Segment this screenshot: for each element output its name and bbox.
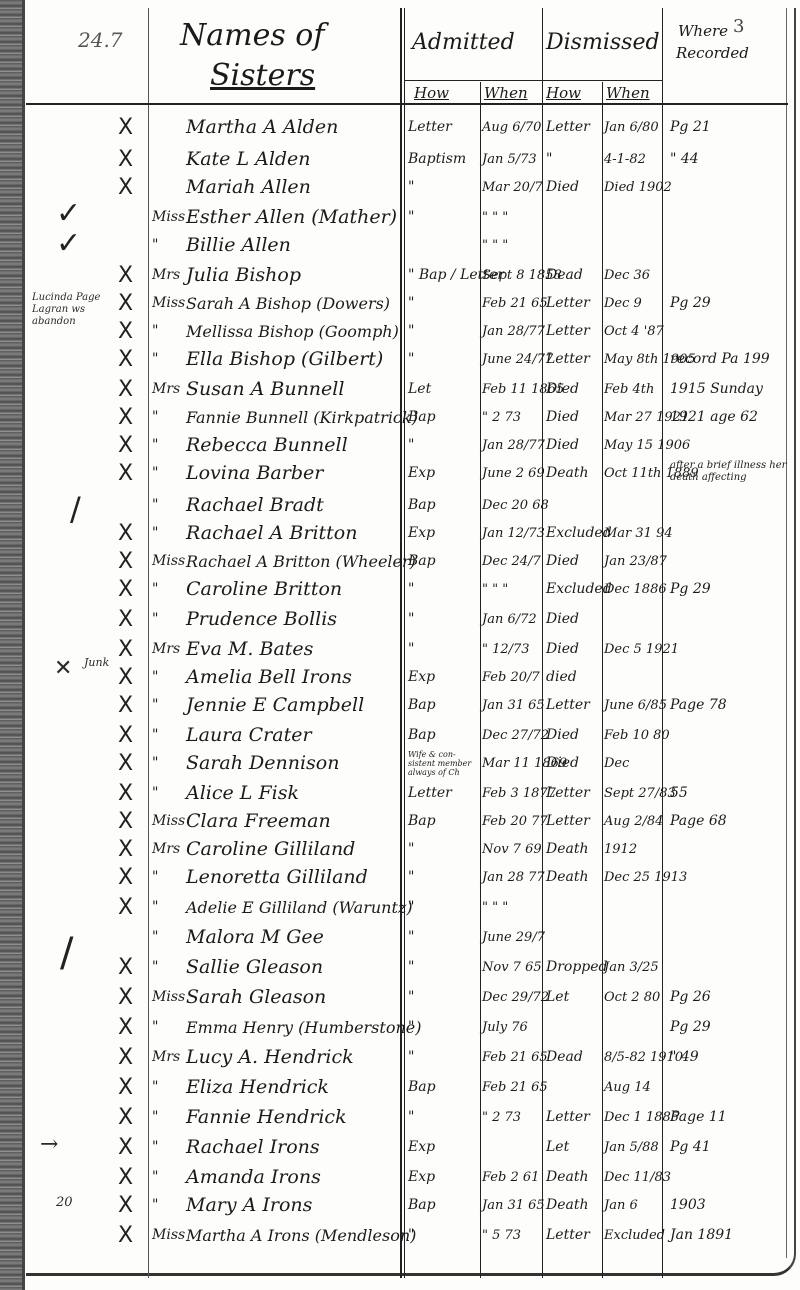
row-mark: X bbox=[118, 606, 146, 633]
where-recorded: 1915 Sunday bbox=[670, 376, 790, 403]
where-recorded: Page 11 bbox=[670, 1104, 790, 1131]
where-recorded: 1921 age 62 bbox=[670, 404, 790, 431]
row-mark: X bbox=[118, 664, 146, 691]
admitted-when: " 12/73 bbox=[482, 636, 544, 663]
admitted-how: " bbox=[408, 318, 480, 345]
dismissed-when: Feb 10 80 bbox=[604, 722, 666, 749]
sister-name: Caroline Gilliland bbox=[186, 836, 396, 863]
where-recorded: 1903 bbox=[670, 1192, 790, 1219]
where-recorded bbox=[670, 262, 790, 289]
admitted-when: Jan 28/77 bbox=[482, 432, 544, 459]
admitted-how: " bbox=[408, 204, 480, 231]
admitted-when: June 2 69 bbox=[482, 460, 544, 487]
sister-name: Esther Allen (Mather) bbox=[186, 204, 396, 231]
row-mark: X bbox=[118, 1192, 146, 1219]
row-mark: X bbox=[118, 576, 146, 603]
admitted-how: Bap bbox=[408, 548, 480, 575]
admitted-when: Feb 2 61 bbox=[482, 1164, 544, 1191]
sister-name: Mariah Allen bbox=[186, 174, 396, 201]
admitted-when bbox=[482, 1134, 544, 1161]
row-mark: X bbox=[118, 174, 146, 201]
admitted-when: Jan 12/73 bbox=[482, 520, 544, 547]
sister-name: Fannie Hendrick bbox=[186, 1104, 396, 1131]
admitted-how: " bbox=[408, 1044, 480, 1071]
where-recorded: after a brief illness her death affectin… bbox=[670, 460, 788, 487]
admitted-when: Jan 6/72 bbox=[482, 606, 544, 633]
admitted-how: Bap bbox=[408, 404, 480, 431]
admitted-how: Exp bbox=[408, 664, 480, 691]
dismissed-how: Letter bbox=[546, 692, 604, 719]
admitted-when: Mar 11 1869 bbox=[482, 750, 544, 777]
admitted-how: Exp bbox=[408, 1134, 480, 1161]
admitted-how: Exp bbox=[408, 520, 480, 547]
row-mark: X bbox=[118, 692, 146, 719]
admitted-when: Sept 8 1858 bbox=[482, 262, 544, 289]
dismissed-when: Dec 25 1913 bbox=[604, 864, 666, 891]
admitted-when: June 24/77 bbox=[482, 346, 544, 373]
admitted-when: Feb 21 65 bbox=[482, 1074, 544, 1101]
admitted-how: " bbox=[408, 636, 480, 663]
dismissed-when bbox=[604, 606, 666, 633]
dismissed-when: 1912 bbox=[604, 836, 666, 863]
table-row: X"Mellissa Bishop (Goomph)"Jan 28/77Lett… bbox=[0, 318, 800, 345]
admitted-when: Jan 31 65 bbox=[482, 692, 544, 719]
row-mark: X bbox=[118, 954, 146, 981]
row-mark: X bbox=[118, 114, 146, 141]
dismissed-how: Let bbox=[546, 1134, 604, 1161]
dismissed-how: Dead bbox=[546, 1044, 604, 1071]
where-recorded: Pg 29 bbox=[670, 290, 790, 317]
row-mark: X bbox=[118, 318, 146, 345]
where-recorded bbox=[670, 924, 790, 951]
table-row: X"Sallie Gleason"Nov 7 65DroppedJan 3/25 bbox=[0, 954, 800, 981]
where-recorded bbox=[670, 636, 790, 663]
dismissed-when: Jan 23/87 bbox=[604, 548, 666, 575]
dismissed-how: Letter bbox=[546, 318, 604, 345]
sister-name: Clara Freeman bbox=[186, 808, 396, 835]
admitted-how: " bbox=[408, 174, 480, 201]
dismissed-when: Mar 27 1921 bbox=[604, 404, 666, 431]
row-mark: X bbox=[118, 1104, 146, 1131]
admitted-when: " " " bbox=[482, 232, 544, 259]
sister-name: Prudence Bollis bbox=[186, 606, 396, 633]
dismissed-how: Let bbox=[546, 984, 604, 1011]
table-row: X"Adelie E Gilliland (Waruntz)"" " " bbox=[0, 894, 800, 921]
where-recorded: record Pa 199 bbox=[670, 346, 790, 373]
where-recorded bbox=[670, 318, 790, 345]
dismissed-how: Died bbox=[546, 606, 604, 633]
table-row: X"Rachael IronsExpLetJan 5/88Pg 41 bbox=[0, 1134, 800, 1161]
sister-name: Amanda Irons bbox=[186, 1164, 396, 1191]
dismissed-how: Excluded bbox=[546, 520, 604, 547]
sister-name: Eliza Hendrick bbox=[186, 1074, 396, 1101]
dismissed-when: Oct 11th 1889 bbox=[604, 460, 666, 487]
dismissed-when: Dec 1 1885 bbox=[604, 1104, 666, 1131]
sister-name: Eva M. Bates bbox=[186, 636, 396, 663]
sister-name: Malora M Gee bbox=[186, 924, 396, 951]
names-heading-line1: Names of bbox=[180, 18, 324, 53]
table-row: XMissSarah Gleason"Dec 29/72LetOct 2 80P… bbox=[0, 984, 800, 1011]
admitted-when: " " " bbox=[482, 204, 544, 231]
dismissed-when: Dec bbox=[604, 750, 666, 777]
table-row: X"Mary A IronsBapJan 31 65DeathJan 61903 bbox=[0, 1192, 800, 1219]
sister-name: Susan A Bunnell bbox=[186, 376, 396, 403]
where-recorded: Pg 26 bbox=[670, 984, 790, 1011]
sister-name: Billie Allen bbox=[186, 232, 396, 259]
admitted-how: " bbox=[408, 954, 480, 981]
where-recorded: Jan 1891 bbox=[670, 1222, 790, 1249]
admitted-when: Jan 5/73 bbox=[482, 146, 544, 173]
dismissed-when bbox=[604, 492, 666, 519]
admitted-how: Exp bbox=[408, 1164, 480, 1191]
row-mark: X bbox=[118, 636, 146, 663]
admitted-how: " bbox=[408, 606, 480, 633]
where-recorded bbox=[670, 1074, 790, 1101]
dismissed-how: died bbox=[546, 664, 604, 691]
admitted-when: July 76 bbox=[482, 1014, 544, 1041]
admitted-how: Bap bbox=[408, 1192, 480, 1219]
where-recorded bbox=[670, 722, 790, 749]
table-row: XMrsEva M. Bates"" 12/73DiedDec 5 1921 bbox=[0, 636, 800, 663]
sister-name: Sarah Gleason bbox=[186, 984, 396, 1011]
dismissed-how-heading: How bbox=[546, 84, 581, 102]
admitted-when: Dec 29/72 bbox=[482, 984, 544, 1011]
admitted-when: Jan 28 77 bbox=[482, 864, 544, 891]
admitted-how: " bbox=[408, 864, 480, 891]
admitted-when: Nov 7 69 bbox=[482, 836, 544, 863]
sister-name: Lovina Barber bbox=[186, 460, 396, 487]
table-row: "Rachael BradtBapDec 20 68 bbox=[0, 492, 800, 519]
row-mark: X bbox=[118, 548, 146, 575]
row-mark: X bbox=[118, 1164, 146, 1191]
where-recorded: " 44 bbox=[670, 146, 790, 173]
dismissed-how bbox=[546, 204, 604, 231]
dismissed-when: Aug 14 bbox=[604, 1074, 666, 1101]
dismissed-how: Died bbox=[546, 404, 604, 431]
rule-subheader bbox=[404, 80, 662, 81]
where-recorded: Page 68 bbox=[670, 808, 790, 835]
where-recorded bbox=[670, 174, 790, 201]
row-mark bbox=[118, 232, 146, 259]
row-mark: X bbox=[118, 1044, 146, 1071]
dismissed-how: Letter bbox=[546, 808, 604, 835]
dismissed-how: Death bbox=[546, 1192, 604, 1219]
table-row: X"Ella Bishop (Gilbert)"June 24/77Letter… bbox=[0, 346, 800, 373]
dismissed-when bbox=[604, 1014, 666, 1041]
dismissed-when: Jan 5/88 bbox=[604, 1134, 666, 1161]
sister-name: Alice L Fisk bbox=[186, 780, 396, 807]
table-row: X"Emma Henry (Humberstone)"July 76Pg 29 bbox=[0, 1014, 800, 1041]
dismissed-when bbox=[604, 664, 666, 691]
table-row: X"Fannie Hendrick"" 2 73LetterDec 1 1885… bbox=[0, 1104, 800, 1131]
admitted-when: " " " bbox=[482, 894, 544, 921]
admitted-how: " Bap / Letter bbox=[408, 262, 480, 289]
dismissed-how: Letter bbox=[546, 1104, 604, 1131]
dismissed-how: Died bbox=[546, 722, 604, 749]
sister-name: Sarah A Bishop (Dowers) bbox=[186, 290, 396, 317]
dismissed-when bbox=[604, 232, 666, 259]
dismissed-how: Died bbox=[546, 636, 604, 663]
admitted-how: Bap bbox=[408, 692, 480, 719]
where-recorded bbox=[670, 864, 790, 891]
table-row: XMissRachael A Britton (Wheeler)BapDec 2… bbox=[0, 548, 800, 575]
sister-name: Lucy A. Hendrick bbox=[186, 1044, 396, 1071]
dismissed-how bbox=[546, 894, 604, 921]
dismissed-how: Letter bbox=[546, 290, 604, 317]
row-mark: X bbox=[118, 1134, 146, 1161]
dismissed-when: Dec 9 bbox=[604, 290, 666, 317]
sister-name: Rachael A Britton (Wheeler) bbox=[186, 548, 396, 575]
where-recorded bbox=[670, 1164, 790, 1191]
admitted-when: Dec 24/7 bbox=[482, 548, 544, 575]
where-recorded: Pg 41 bbox=[670, 1134, 790, 1161]
admitted-when: " 5 73 bbox=[482, 1222, 544, 1249]
dismissed-how: Letter bbox=[546, 780, 604, 807]
register-page: 24.7 Names of Sisters Admitted Dismissed… bbox=[0, 0, 800, 1290]
where-recorded bbox=[670, 606, 790, 633]
row-mark: X bbox=[118, 1222, 146, 1249]
where-recorded bbox=[670, 432, 790, 459]
row-mark: X bbox=[118, 146, 146, 173]
dismissed-how bbox=[546, 232, 604, 259]
table-row: X"Eliza HendrickBapFeb 21 65Aug 14 bbox=[0, 1074, 800, 1101]
sister-name: Fannie Bunnell (Kirkpatrick) bbox=[186, 404, 396, 431]
where-recorded: Pg 21 bbox=[670, 114, 790, 141]
row-mark: X bbox=[118, 780, 146, 807]
where-recorded: 55 bbox=[670, 780, 790, 807]
sister-name: Martha A Irons (Mendleson) bbox=[186, 1222, 396, 1249]
dismissed-how: Death bbox=[546, 864, 604, 891]
dismissed-how: Died bbox=[546, 376, 604, 403]
dismissed-when bbox=[604, 924, 666, 951]
sister-name: Rachael Irons bbox=[186, 1134, 396, 1161]
dismissed-when: Aug 2/84 bbox=[604, 808, 666, 835]
row-mark bbox=[118, 204, 146, 231]
admitted-how: Bap bbox=[408, 722, 480, 749]
sister-name: Ella Bishop (Gilbert) bbox=[186, 346, 396, 373]
table-row: X"Jennie E CampbellBapJan 31 65LetterJun… bbox=[0, 692, 800, 719]
dismissed-when: Dec 1886 bbox=[604, 576, 666, 603]
dismissed-when: Dec 5 1921 bbox=[604, 636, 666, 663]
row-mark: X bbox=[118, 1074, 146, 1101]
dismissed-when: June 6/85 bbox=[604, 692, 666, 719]
rule-header-bottom bbox=[26, 103, 788, 105]
where-recorded bbox=[670, 520, 790, 547]
where-recorded bbox=[670, 750, 790, 777]
dismissed-how: Dropped bbox=[546, 954, 604, 981]
table-row: "Malora M Gee"June 29/7 bbox=[0, 924, 800, 951]
admitted-how: Bap bbox=[408, 1074, 480, 1101]
row-mark: X bbox=[118, 404, 146, 431]
sister-name: Rachael A Britton bbox=[186, 520, 396, 547]
dismissed-how: " bbox=[546, 146, 604, 173]
table-row: MissEsther Allen (Mather)"" " " bbox=[0, 204, 800, 231]
admitted-when: Feb 21 65 bbox=[482, 290, 544, 317]
dismissed-how: Died bbox=[546, 432, 604, 459]
row-mark bbox=[118, 492, 146, 519]
dismissed-when: Oct 4 '87 bbox=[604, 318, 666, 345]
admitted-how: " bbox=[408, 1014, 480, 1041]
dismissed-when: Jan 6 bbox=[604, 1192, 666, 1219]
admitted-how: " bbox=[408, 1104, 480, 1131]
dismissed-when-heading: When bbox=[606, 84, 650, 102]
table-row: XMrsSusan A BunnellLetFeb 11 1865DiedFeb… bbox=[0, 376, 800, 403]
admitted-when: Feb 20 77 bbox=[482, 808, 544, 835]
where-recorded bbox=[670, 232, 790, 259]
where-recorded: Page 78 bbox=[670, 692, 790, 719]
row-mark: X bbox=[118, 864, 146, 891]
dismissed-how bbox=[546, 1074, 604, 1101]
names-heading-line2: Sisters bbox=[210, 58, 315, 93]
sister-name: Jennie E Campbell bbox=[186, 692, 396, 719]
dismissed-when: Died 1902 bbox=[604, 174, 666, 201]
admitted-when: Dec 27/72 bbox=[482, 722, 544, 749]
dismissed-when: May 8th 1905 bbox=[604, 346, 666, 373]
admitted-when: Dec 20 68 bbox=[482, 492, 544, 519]
dismissed-heading: Dismissed bbox=[546, 30, 660, 55]
admitted-how: " bbox=[408, 290, 480, 317]
admitted-when: " " " bbox=[482, 576, 544, 603]
table-row: XMartha A AldenLetterAug 6/70LetterJan 6… bbox=[0, 114, 800, 141]
sister-name: Mary A Irons bbox=[186, 1192, 396, 1219]
admitted-how: Exp bbox=[408, 460, 480, 487]
admitted-how: " bbox=[408, 836, 480, 863]
sister-name: Martha A Alden bbox=[186, 114, 396, 141]
admitted-how-heading: How bbox=[414, 84, 449, 102]
row-mark: X bbox=[118, 894, 146, 921]
admitted-when: Feb 20/7 bbox=[482, 664, 544, 691]
admitted-when: Feb 21 65 bbox=[482, 1044, 544, 1071]
table-row: X"Lovina BarberExpJune 2 69DeathOct 11th… bbox=[0, 460, 800, 487]
admitted-how: Bap bbox=[408, 808, 480, 835]
table-row: XMrsLucy A. Hendrick"Feb 21 65Dead8/5-82… bbox=[0, 1044, 800, 1071]
row-mark: X bbox=[118, 290, 146, 317]
row-mark: X bbox=[118, 750, 146, 777]
row-mark: X bbox=[118, 346, 146, 373]
dismissed-when: 8/5-82 1910 bbox=[604, 1044, 666, 1071]
sister-name: Julia Bishop bbox=[186, 262, 396, 289]
where-recorded bbox=[670, 548, 790, 575]
dismissed-how bbox=[546, 1014, 604, 1041]
dismissed-when: Oct 2 80 bbox=[604, 984, 666, 1011]
table-row: "Billie Allen" " " bbox=[0, 232, 800, 259]
dismissed-how bbox=[546, 492, 604, 519]
admitted-when: " 2 73 bbox=[482, 1104, 544, 1131]
table-row: X"Amelia Bell IronsExpFeb 20/7died bbox=[0, 664, 800, 691]
table-row: X"Alice L FiskLetterFeb 3 1877LetterSept… bbox=[0, 780, 800, 807]
admitted-how: Baptism bbox=[408, 146, 480, 173]
dismissed-when: Feb 4th bbox=[604, 376, 666, 403]
admitted-how: Letter bbox=[408, 114, 480, 141]
sister-name: Kate L Alden bbox=[186, 146, 396, 173]
admitted-when: Nov 7 65 bbox=[482, 954, 544, 981]
admitted-heading: Admitted bbox=[412, 30, 515, 55]
where-recorded bbox=[670, 204, 790, 231]
admitted-when: " 2 73 bbox=[482, 404, 544, 431]
admitted-how: " bbox=[408, 894, 480, 921]
admitted-how: Bap bbox=[408, 492, 480, 519]
dismissed-when: 4-1-82 bbox=[604, 146, 666, 173]
admitted-how: " bbox=[408, 346, 480, 373]
admitted-how: Let bbox=[408, 376, 480, 403]
admitted-when: June 29/7 bbox=[482, 924, 544, 951]
recorded-heading-line2: Recorded bbox=[676, 44, 749, 62]
dismissed-how: Death bbox=[546, 460, 604, 487]
page-number: 3 bbox=[733, 16, 744, 37]
row-mark bbox=[118, 924, 146, 951]
where-recorded bbox=[670, 836, 790, 863]
row-mark: X bbox=[118, 984, 146, 1011]
admitted-how: Letter bbox=[408, 780, 480, 807]
dismissed-when: Jan 6/80 bbox=[604, 114, 666, 141]
recorded-heading-line1: Where bbox=[678, 22, 728, 40]
sister-name: Lenoretta Gilliland bbox=[186, 864, 396, 891]
sister-name: Sallie Gleason bbox=[186, 954, 396, 981]
row-mark: X bbox=[118, 376, 146, 403]
dismissed-when: Jan 3/25 bbox=[604, 954, 666, 981]
dismissed-when: Mar 31 94 bbox=[604, 520, 666, 547]
admitted-how: " bbox=[408, 1222, 480, 1249]
where-recorded: Pg 29 bbox=[670, 1014, 790, 1041]
row-mark: X bbox=[118, 836, 146, 863]
sister-name: Amelia Bell Irons bbox=[186, 664, 396, 691]
row-mark: X bbox=[118, 262, 146, 289]
table-row: X"Fannie Bunnell (Kirkpatrick)Bap" 2 73D… bbox=[0, 404, 800, 431]
where-recorded: " 49 bbox=[670, 1044, 790, 1071]
dismissed-how: Died bbox=[546, 548, 604, 575]
table-row: XMissMartha A Irons (Mendleson)"" 5 73Le… bbox=[0, 1222, 800, 1249]
dismissed-when: Dec 11/83 bbox=[604, 1164, 666, 1191]
admitted-when: Jan 28/77 bbox=[482, 318, 544, 345]
admitted-when: Aug 6/70 bbox=[482, 114, 544, 141]
row-mark: X bbox=[118, 1014, 146, 1041]
dismissed-how: Dead bbox=[546, 262, 604, 289]
table-row: XMariah Allen"Mar 20/7DiedDied 1902 bbox=[0, 174, 800, 201]
where-recorded bbox=[670, 664, 790, 691]
dismissed-when: Dec 36 bbox=[604, 262, 666, 289]
admitted-how: " bbox=[408, 576, 480, 603]
admitted-when-heading: When bbox=[484, 84, 528, 102]
sister-name: Caroline Britton bbox=[186, 576, 396, 603]
table-row: X"Rachael A BrittonExpJan 12/73ExcludedM… bbox=[0, 520, 800, 547]
row-mark: X bbox=[118, 432, 146, 459]
where-recorded bbox=[670, 894, 790, 921]
where-recorded bbox=[670, 492, 790, 519]
dismissed-how: Excluded bbox=[546, 576, 604, 603]
table-row: XMrsJulia Bishop" Bap / LetterSept 8 185… bbox=[0, 262, 800, 289]
table-row: X"Caroline Britton"" " "ExcludedDec 1886… bbox=[0, 576, 800, 603]
where-recorded: Pg 29 bbox=[670, 576, 790, 603]
where-recorded bbox=[670, 954, 790, 981]
dismissed-how: Died bbox=[546, 174, 604, 201]
table-row: X"Laura CraterBapDec 27/72DiedFeb 10 80 bbox=[0, 722, 800, 749]
dismissed-when: Excluded bbox=[604, 1222, 666, 1249]
admitted-how: Wife & con- sistent member always of Ch bbox=[408, 750, 478, 777]
sister-name: Sarah Dennison bbox=[186, 750, 396, 777]
admitted-when: Jan 31 65 bbox=[482, 1192, 544, 1219]
dismissed-when: May 15 1906 bbox=[604, 432, 666, 459]
dismissed-when: Sept 27/83 bbox=[604, 780, 666, 807]
dismissed-how: Death bbox=[546, 836, 604, 863]
table-row: XMissClara FreemanBapFeb 20 77LetterAug … bbox=[0, 808, 800, 835]
table-row: X"Rebecca Bunnell"Jan 28/77DiedMay 15 19… bbox=[0, 432, 800, 459]
table-row: X"Prudence Bollis"Jan 6/72Died bbox=[0, 606, 800, 633]
dismissed-when bbox=[604, 204, 666, 231]
table-row: XMrsCaroline Gilliland"Nov 7 69Death1912 bbox=[0, 836, 800, 863]
admitted-how bbox=[408, 232, 480, 259]
admitted-how: " bbox=[408, 984, 480, 1011]
row-mark: X bbox=[118, 808, 146, 835]
